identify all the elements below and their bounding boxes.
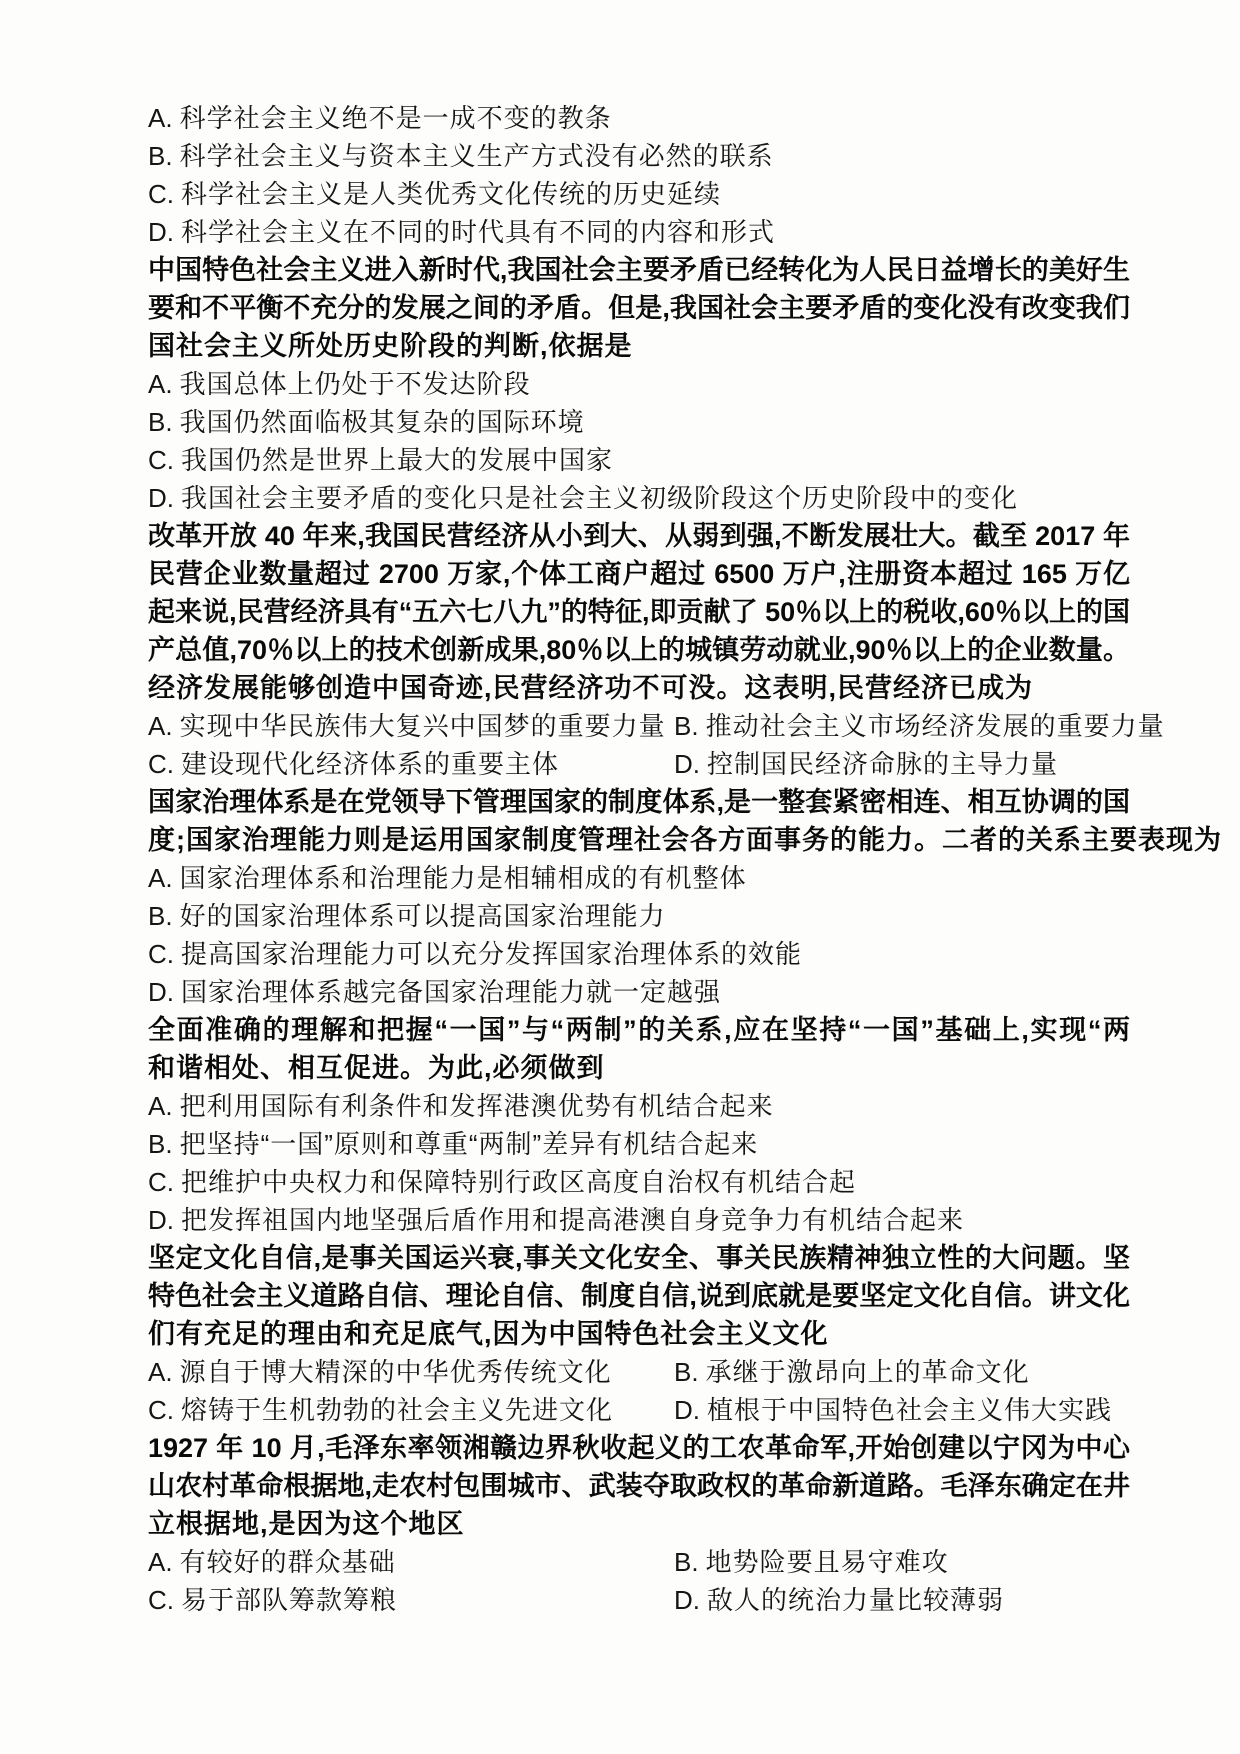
question-number: 23.	[148, 517, 149, 555]
option-a: A.我国总体上仍处于不发达阶段	[148, 369, 531, 399]
option-text: 好的国家治理体系可以提高国家治理能力	[180, 901, 666, 931]
stem-line: 立根据地,是因为这个地区	[148, 1505, 1130, 1543]
option-row: C.易于部队筹款筹粮D.敌人的统治力量比较薄弱	[148, 1581, 1130, 1619]
option-line: A.国家治理体系和治理能力是相辅相成的有机整体	[148, 859, 1130, 897]
option-label: B.	[674, 1547, 699, 1577]
option-a: A.实现中华民族伟大复兴中国梦的重要力量	[148, 707, 666, 745]
option-text: 科学社会主义在不同的时代具有不同的内容和形式	[181, 217, 775, 247]
option-b: B.地势险要且易守难攻	[674, 1543, 949, 1581]
option-text: 熔铸于生机勃勃的社会主义先进文化	[181, 1395, 613, 1425]
option-label: A.	[148, 1547, 173, 1577]
option-label: B.	[674, 711, 699, 741]
option-label: C.	[148, 749, 174, 779]
option-text: 敌人的统治力量比较薄弱	[707, 1585, 1004, 1615]
stem-line: 要和不平衡不充分的发展之间的矛盾。但是,我国社会主要矛盾的变化没有改变我们对我	[148, 289, 1130, 327]
option-label: D.	[148, 217, 174, 247]
option-label: D.	[148, 483, 174, 513]
option-text: 国家治理体系和治理能力是相辅相成的有机整体	[180, 863, 747, 893]
stem-text: 1927 年 10 月,毛泽东率领湘赣边界秋收起义的工农革命军,开始创建以宁冈为…	[148, 1433, 1130, 1467]
question-23: 23.改革开放 40 年来,我国民营经济从小到大、从弱到强,不断发展壮大。截至 …	[148, 517, 1130, 783]
option-text: 源自于博大精深的中华优秀传统文化	[180, 1357, 612, 1387]
question-number: 22.	[148, 251, 149, 289]
option-line: C.把维护中央权力和保障特别行政区高度自治权有机结合起	[148, 1163, 1130, 1201]
option-label: C.	[148, 1585, 174, 1615]
option-label: C.	[148, 445, 174, 475]
option-text: 科学社会主义是人类优秀文化传统的历史延续	[181, 179, 721, 209]
question-22: 22.中国特色社会主义进入新时代,我国社会主要矛盾已经转化为人民日益增长的美好生…	[148, 251, 1130, 517]
stem-text: 改革开放 40 年来,我国民营经济从小到大、从弱到强,不断发展壮大。截至 201…	[148, 521, 1130, 555]
question-25: 25.全面准确的理解和把握“一国”与“两制”的关系,应在坚持“一国”基础上,实现…	[148, 1011, 1130, 1239]
option-c: C.熔铸于生机勃勃的社会主义先进文化	[148, 1391, 613, 1429]
option-text: 植根于中国特色社会主义伟大实践	[707, 1395, 1112, 1425]
stem-line: 24.国家治理体系是在党领导下管理国家的制度体系,是一整套紧密相连、相互协调的国…	[148, 783, 1130, 821]
option-a: A.国家治理体系和治理能力是相辅相成的有机整体	[148, 863, 747, 893]
stem-line: 度;国家治理能力则是运用国家制度管理社会各方面事务的能力。二者的关系主要表现为	[148, 821, 1130, 859]
option-row: A.实现中华民族伟大复兴中国梦的重要力量B.推动社会主义市场经济发展的重要力量	[148, 707, 1130, 745]
option-b: B.我国仍然面临极其复杂的国际环境	[148, 407, 585, 437]
option-row: C.熔铸于生机勃勃的社会主义先进文化D.植根于中国特色社会主义伟大实践	[148, 1391, 1130, 1429]
option-line: C.提高国家治理能力可以充分发挥国家治理体系的效能	[148, 935, 1130, 973]
option-line: B.好的国家治理体系可以提高国家治理能力	[148, 897, 1130, 935]
stem-line: 23.改革开放 40 年来,我国民营经济从小到大、从弱到强,不断发展壮大。截至 …	[148, 517, 1130, 555]
option-row: C.建设现代化经济体系的重要主体D.控制国民经济命脉的主导力量	[148, 745, 1130, 783]
question-24: 24.国家治理体系是在党领导下管理国家的制度体系,是一整套紧密相连、相互协调的国…	[148, 783, 1130, 1011]
option-line: D.把发挥祖国内地坚强后盾作用和提高港澳自身竞争力有机结合起来	[148, 1201, 1130, 1239]
option-c: C.把维护中央权力和保障特别行政区高度自治权有机结合起	[148, 1167, 856, 1197]
option-b: B.好的国家治理体系可以提高国家治理能力	[148, 901, 666, 931]
option-text: 承继于激昂向上的革命文化	[706, 1357, 1030, 1387]
option-text: 科学社会主义绝不是一成不变的教条	[180, 103, 612, 133]
option-label: B.	[148, 901, 173, 931]
option-text: 有较好的群众基础	[180, 1547, 396, 1577]
option-label: D.	[148, 977, 174, 1007]
option-text: 我国总体上仍处于不发达阶段	[180, 369, 531, 399]
questions-list: A.科学社会主义绝不是一成不变的教条B.科学社会主义与资本主义生产方式没有必然的…	[148, 99, 1130, 1619]
option-line: A.把利用国际有利条件和发挥港澳优势有机结合起来	[148, 1087, 1130, 1125]
option-label: D.	[674, 749, 700, 779]
option-text: 我国社会主要矛盾的变化只是社会主义初级阶段这个历史阶段中的变化	[181, 483, 1018, 513]
stem-text: 们有充足的理由和充足底气,因为中国特色社会主义文化	[148, 1319, 829, 1349]
question-number: 24.	[148, 783, 149, 821]
option-line: D.国家治理体系越完备国家治理能力就一定越强	[148, 973, 1130, 1011]
stem-line: 特色社会主义道路自信、理论自信、制度自信,说到底就是要坚定文化自信。讲文化自信,…	[148, 1277, 1130, 1315]
option-line: C.科学社会主义是人类优秀文化传统的历史延续	[148, 175, 1130, 213]
option-label: B.	[148, 141, 173, 171]
option-text: 把维护中央权力和保障特别行政区高度自治权有机结合起	[181, 1167, 856, 1197]
option-a: A.科学社会主义绝不是一成不变的教条	[148, 103, 612, 133]
option-label: A.	[148, 863, 173, 893]
stem-line: 国社会主义所处历史阶段的判断,依据是	[148, 327, 1130, 365]
option-row: A.源自于博大精深的中华优秀传统文化B.承继于激昂向上的革命文化	[148, 1353, 1130, 1391]
stem-text: 民营企业数量超过 2700 万家,个体工商户超过 6500 万户,注册资本超过 …	[148, 559, 1130, 593]
stem-line: 25.全面准确的理解和把握“一国”与“两制”的关系,应在坚持“一国”基础上,实现…	[148, 1011, 1130, 1049]
option-label: B.	[148, 1129, 173, 1159]
option-text: 控制国民经济命脉的主导力量	[707, 749, 1058, 779]
option-text: 提高国家治理能力可以充分发挥国家治理体系的效能	[181, 939, 802, 969]
option-text: 地势险要且易守难攻	[706, 1547, 949, 1577]
stem-line: 27.1927 年 10 月,毛泽东率领湘赣边界秋收起义的工农革命军,开始创建以…	[148, 1429, 1130, 1467]
stem-text: 中国特色社会主义进入新时代,我国社会主要矛盾已经转化为人民日益增长的美好生活需	[148, 255, 1130, 289]
option-c: C.建设现代化经济体系的重要主体	[148, 745, 559, 783]
option-label: D.	[148, 1205, 174, 1235]
option-text: 推动社会主义市场经济发展的重要力量	[706, 711, 1165, 741]
stem-line: 和谐相处、相互促进。为此,必须做到	[148, 1049, 1130, 1087]
question-21: A.科学社会主义绝不是一成不变的教条B.科学社会主义与资本主义生产方式没有必然的…	[148, 99, 1130, 251]
stem-text: 特色社会主义道路自信、理论自信、制度自信,说到底就是要坚定文化自信。讲文化自信,…	[148, 1281, 1130, 1315]
option-text: 科学社会主义与资本主义生产方式没有必然的联系	[180, 141, 774, 171]
stem-text: 山农村革命根据地,走农村包围城市、武装夺取政权的革命新道路。毛泽东确定在井冈山建	[148, 1471, 1130, 1505]
question-number: 26.	[148, 1239, 149, 1277]
stem-text: 产总值,70％以上的技术创新成果,80％以上的城镇劳动就业,90％以上的企业数量…	[148, 635, 1130, 669]
stem-line: 经济发展能够创造中国奇迹,民营经济功不可没。这表明,民营经济已成为	[148, 669, 1130, 707]
stem-line: 22.中国特色社会主义进入新时代,我国社会主要矛盾已经转化为人民日益增长的美好生…	[148, 251, 1130, 289]
question-number: 25.	[148, 1011, 149, 1049]
option-line: B.把坚持“一国”原则和尊重“两制”差异有机结合起来	[148, 1125, 1130, 1163]
option-b: B.把坚持“一国”原则和尊重“两制”差异有机结合起来	[148, 1129, 758, 1159]
option-label: D.	[674, 1585, 700, 1615]
option-label: A.	[148, 1357, 173, 1387]
question-number: 27.	[148, 1429, 149, 1467]
stem-line: 山农村革命根据地,走农村包围城市、武装夺取政权的革命新道路。毛泽东确定在井冈山建	[148, 1467, 1130, 1505]
option-b: B.承继于激昂向上的革命文化	[674, 1353, 1030, 1391]
stem-text: 起来说,民营经济具有“五六七八九”的特征,即贡献了 50％以上的税收,60％以上…	[148, 597, 1130, 631]
option-row: A.有较好的群众基础B.地势险要且易守难攻	[148, 1543, 1130, 1581]
stem-line: 26.坚定文化自信,是事关国运兴衰,事关文化安全、事关民族精神独立性的大问题。坚…	[148, 1239, 1130, 1277]
option-text: 把发挥祖国内地坚强后盾作用和提高港澳自身竞争力有机结合起来	[181, 1205, 964, 1235]
option-d: D.把发挥祖国内地坚强后盾作用和提高港澳自身竞争力有机结合起来	[148, 1205, 964, 1235]
option-c: C.我国仍然是世界上最大的发展中国家	[148, 445, 613, 475]
option-text: 易于部队筹款筹粮	[181, 1585, 397, 1615]
option-label: D.	[674, 1395, 700, 1425]
option-a: A.有较好的群众基础	[148, 1543, 396, 1581]
option-d: D.敌人的统治力量比较薄弱	[674, 1581, 1004, 1619]
stem-text: 要和不平衡不充分的发展之间的矛盾。但是,我国社会主要矛盾的变化没有改变我们对我	[148, 293, 1130, 327]
stem-text: 经济发展能够创造中国奇迹,民营经济功不可没。这表明,民营经济已成为	[148, 673, 1033, 703]
option-label: B.	[148, 407, 173, 437]
option-label: B.	[674, 1357, 699, 1387]
option-d: D.科学社会主义在不同的时代具有不同的内容和形式	[148, 217, 775, 247]
option-d: D.国家治理体系越完备国家治理能力就一定越强	[148, 977, 721, 1007]
option-a: A.源自于博大精深的中华优秀传统文化	[148, 1353, 612, 1391]
option-d: D.我国社会主要矛盾的变化只是社会主义初级阶段这个历史阶段中的变化	[148, 483, 1018, 513]
option-label: C.	[148, 939, 174, 969]
stem-line: 产总值,70％以上的技术创新成果,80％以上的城镇劳动就业,90％以上的企业数量…	[148, 631, 1130, 669]
option-line: D.我国社会主要矛盾的变化只是社会主义初级阶段这个历史阶段中的变化	[148, 479, 1130, 517]
question-27: 27.1927 年 10 月,毛泽东率领湘赣边界秋收起义的工农革命军,开始创建以…	[148, 1429, 1130, 1619]
option-label: A.	[148, 369, 173, 399]
stem-text: 和谐相处、相互促进。为此,必须做到	[148, 1053, 605, 1083]
option-b: B.推动社会主义市场经济发展的重要力量	[674, 707, 1165, 745]
option-d: D.植根于中国特色社会主义伟大实践	[674, 1391, 1112, 1429]
option-label: A.	[148, 1091, 173, 1121]
stem-text: 坚定文化自信,是事关国运兴衰,事关文化安全、事关民族精神独立性的大问题。坚定中国	[148, 1243, 1130, 1277]
option-text: 把利用国际有利条件和发挥港澳优势有机结合起来	[180, 1091, 774, 1121]
stem-text: 全面准确的理解和把握“一国”与“两制”的关系,应在坚持“一国”基础上,实现“两制…	[148, 1015, 1130, 1049]
option-d: D.控制国民经济命脉的主导力量	[674, 745, 1058, 783]
stem-text: 国社会主义所处历史阶段的判断,依据是	[148, 331, 633, 361]
option-text: 我国仍然面临极其复杂的国际环境	[180, 407, 585, 437]
stem-text: 立根据地,是因为这个地区	[148, 1509, 465, 1539]
option-label: C.	[148, 179, 174, 209]
option-b: B.科学社会主义与资本主义生产方式没有必然的联系	[148, 141, 774, 171]
option-text: 把坚持“一国”原则和尊重“两制”差异有机结合起来	[180, 1129, 759, 1159]
option-text: 我国仍然是世界上最大的发展中国家	[181, 445, 613, 475]
option-line: C.我国仍然是世界上最大的发展中国家	[148, 441, 1130, 479]
option-text: 建设现代化经济体系的重要主体	[181, 749, 559, 779]
option-line: D.科学社会主义在不同的时代具有不同的内容和形式	[148, 213, 1130, 251]
exam-page: A.科学社会主义绝不是一成不变的教条B.科学社会主义与资本主义生产方式没有必然的…	[0, 0, 1240, 1754]
option-label: A.	[148, 711, 173, 741]
option-c: C.易于部队筹款筹粮	[148, 1581, 397, 1619]
stem-text: 度;国家治理能力则是运用国家制度管理社会各方面事务的能力。二者的关系主要表现为	[148, 825, 1222, 855]
option-line: A.科学社会主义绝不是一成不变的教条	[148, 99, 1130, 137]
option-label: C.	[148, 1395, 174, 1425]
option-line: B.我国仍然面临极其复杂的国际环境	[148, 403, 1130, 441]
question-26: 26.坚定文化自信,是事关国运兴衰,事关文化安全、事关民族精神独立性的大问题。坚…	[148, 1239, 1130, 1429]
stem-line: 民营企业数量超过 2700 万家,个体工商户超过 6500 万户,注册资本超过 …	[148, 555, 1130, 593]
option-text: 国家治理体系越完备国家治理能力就一定越强	[181, 977, 721, 1007]
stem-line: 们有充足的理由和充足底气,因为中国特色社会主义文化	[148, 1315, 1130, 1353]
option-line: B.科学社会主义与资本主义生产方式没有必然的联系	[148, 137, 1130, 175]
option-c: C.提高国家治理能力可以充分发挥国家治理体系的效能	[148, 939, 802, 969]
stem-text: 国家治理体系是在党领导下管理国家的制度体系,是一整套紧密相连、相互协调的国家制	[148, 787, 1130, 821]
option-c: C.科学社会主义是人类优秀文化传统的历史延续	[148, 179, 721, 209]
option-a: A.把利用国际有利条件和发挥港澳优势有机结合起来	[148, 1091, 774, 1121]
option-text: 实现中华民族伟大复兴中国梦的重要力量	[180, 711, 666, 741]
option-line: A.我国总体上仍处于不发达阶段	[148, 365, 1130, 403]
option-label: A.	[148, 103, 173, 133]
stem-line: 起来说,民营经济具有“五六七八九”的特征,即贡献了 50％以上的税收,60％以上…	[148, 593, 1130, 631]
option-label: C.	[148, 1167, 174, 1197]
